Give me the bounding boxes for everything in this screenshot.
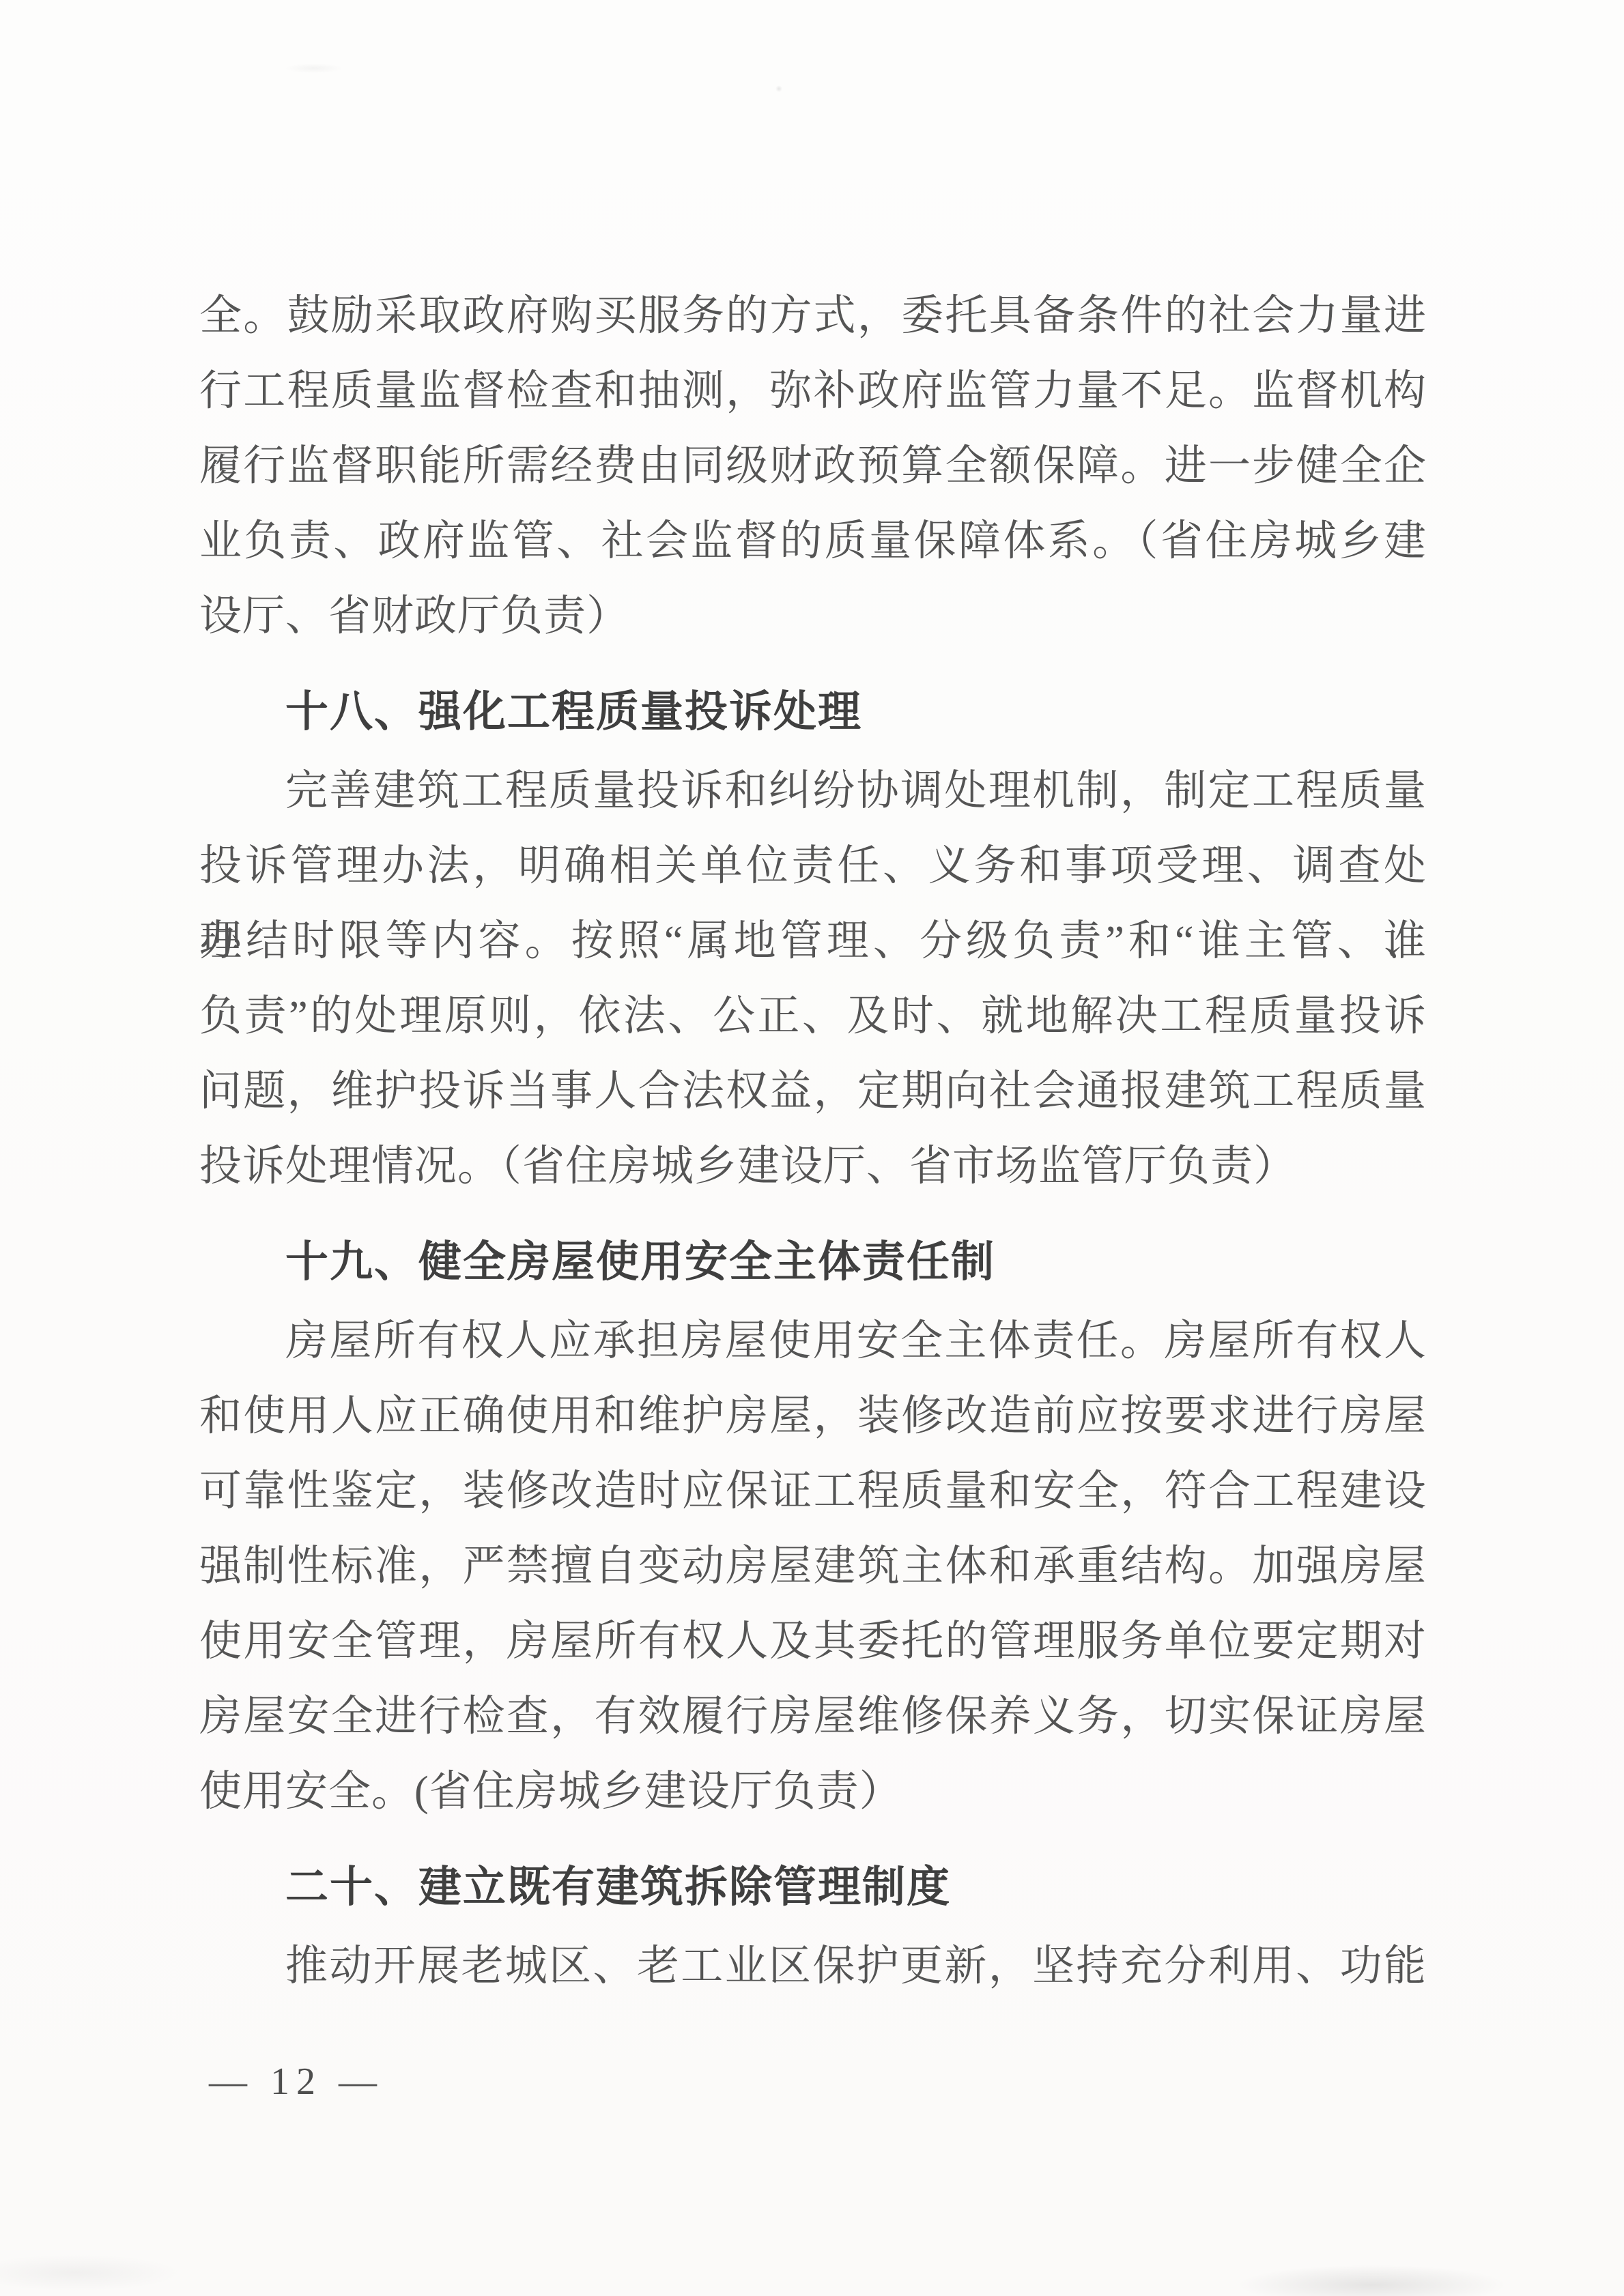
- text-line: 强制性标准，严禁擅自变动房屋建筑主体和承重结构。加强房屋: [199, 1529, 1427, 1604]
- text-line: 办结时限等内容。按照“属地管理、分级负责”和“谁主管、谁: [199, 904, 1427, 979]
- text-line: 负责”的处理原则，依法、公正、及时、就地解决工程质量投诉: [199, 979, 1427, 1054]
- section-heading-20: 二十、建立既有建筑拆除管理制度: [199, 1850, 1427, 1925]
- text-line: 投诉管理办法，明确相关单位责任、义务和事项受理、调查处理、: [199, 829, 1427, 904]
- text-line: 可靠性鉴定，装修改造时应保证工程质量和安全，符合工程建设: [199, 1454, 1427, 1529]
- text-line: 房屋所有权人应承担房屋使用安全主体责任。房屋所有权人: [199, 1304, 1427, 1379]
- text-line: 房屋安全进行检查，有效履行房屋维修保养义务，切实保证房屋: [199, 1679, 1427, 1754]
- paragraph: 推动开展老城区、老工业区保护更新，坚持充分利用、功能: [199, 1929, 1427, 2004]
- paragraph: 完善建筑工程质量投诉和纠纷协调处理机制，制定工程质量 投诉管理办法，明确相关单位…: [199, 754, 1427, 1204]
- text-line: 全。鼓励采取政府购买服务的方式，委托具备条件的社会力量进: [199, 278, 1427, 354]
- text-line: 推动开展老城区、老工业区保护更新，坚持充分利用、功能: [199, 1929, 1427, 2004]
- text-line: 完善建筑工程质量投诉和纠纷协调处理机制，制定工程质量: [199, 754, 1427, 829]
- text-line: 行工程质量监督检查和抽测，弥补政府监管力量不足。监督机构: [199, 354, 1427, 429]
- text-line: 业负责、政府监管、社会监督的质量保障体系。（省住房城乡建: [199, 504, 1427, 579]
- text-line: 设厅、省财政厅负责）: [199, 579, 1427, 654]
- document-body: 全。鼓励采取政府购买服务的方式，委托具备条件的社会力量进 行工程质量监督检查和抽…: [199, 278, 1427, 2004]
- section-heading-19: 十九、健全房屋使用安全主体责任制: [199, 1224, 1427, 1300]
- scanned-document-page: 全。鼓励采取政府购买服务的方式，委托具备条件的社会力量进 行工程质量监督检查和抽…: [0, 0, 1624, 2296]
- text-line: 使用安全。(省住房城乡建设厅负责）: [199, 1754, 1427, 1829]
- text-line: 问题，维护投诉当事人合法权益，定期向社会通报建筑工程质量: [199, 1054, 1427, 1129]
- text-line: 履行监督职能所需经费由同级财政预算全额保障。进一步健全企: [199, 429, 1427, 504]
- section-heading-18: 十八、强化工程质量投诉处理: [199, 674, 1427, 749]
- text-line: 投诉处理情况。（省住房城乡建设厅、省市场监管厅负责）: [199, 1129, 1427, 1204]
- page-number: — 12 —: [209, 2060, 384, 2104]
- paragraph: 房屋所有权人应承担房屋使用安全主体责任。房屋所有权人 和使用人应正确使用和维护房…: [199, 1304, 1427, 1829]
- paragraph: 全。鼓励采取政府购买服务的方式，委托具备条件的社会力量进 行工程质量监督检查和抽…: [199, 278, 1427, 654]
- text-line: 和使用人应正确使用和维护房屋，装修改造前应按要求进行房屋: [199, 1379, 1427, 1454]
- text-line: 使用安全管理，房屋所有权人及其委托的管理服务单位要定期对: [199, 1604, 1427, 1679]
